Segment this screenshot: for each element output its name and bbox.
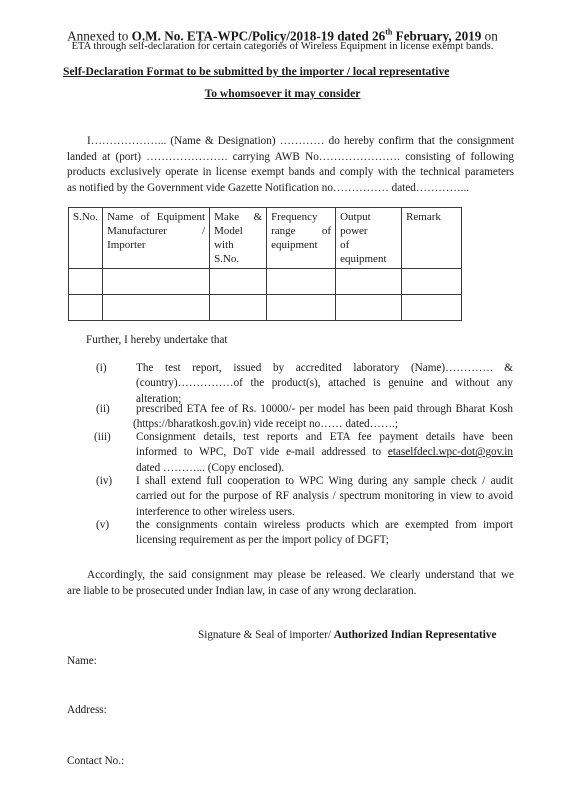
cell-equipment-name[interactable] <box>103 269 210 295</box>
closing-paragraph: Accordingly, the said consignment may pl… <box>67 568 514 599</box>
contact-label: Contact No.: <box>67 755 124 767</box>
header-text: equipment <box>271 238 331 252</box>
item-text: The test report, issued by accredited la… <box>136 361 513 407</box>
header-text: Remark <box>406 210 457 224</box>
header-sno: S.No. <box>69 208 103 269</box>
equipment-table: S.No. Name of Equipment Manufacturer / I… <box>68 207 462 321</box>
cell-remark[interactable] <box>402 269 462 295</box>
header-text: Manufacturer / <box>107 224 205 238</box>
address-label: Address: <box>67 704 107 716</box>
header-frequency-range: Frequency range of equipment <box>267 208 336 269</box>
header-text: of equipment <box>340 238 397 266</box>
signature-prefix: Signature & Seal of importer/ <box>198 629 334 641</box>
item-text: Consignment details, test reports and ET… <box>136 430 513 476</box>
header-text: range of <box>271 224 331 238</box>
closing-line: are liable to be prosecuted under Indian… <box>67 584 514 600</box>
header-text: Name of Equipment <box>107 210 205 224</box>
cell-make-model[interactable] <box>210 295 267 321</box>
header-equipment-name: Name of Equipment Manufacturer / Importe… <box>103 208 210 269</box>
table-row <box>69 269 462 295</box>
item-line-text: informed to WPC, DoT vide e-mail address… <box>136 446 388 458</box>
item-line: (country)……………of the product(s), attache… <box>136 376 513 391</box>
cell-output-power[interactable] <box>336 269 402 295</box>
item-line: Consignment details, test reports and ET… <box>136 430 513 445</box>
signature-line: Signature & Seal of importer/ Authorized… <box>198 629 496 641</box>
header-text: S.No. <box>73 210 98 224</box>
salutation: To whomsoever it may consider <box>0 87 565 100</box>
cell-output-power[interactable] <box>336 295 402 321</box>
table-row <box>69 295 462 321</box>
header-text: Make & <box>214 210 262 224</box>
cell-sno[interactable] <box>69 295 103 321</box>
header-text: Frequency <box>271 210 331 224</box>
format-title: Self-Declaration Format to be submitted … <box>63 65 449 78</box>
item-line: carried out for the purpose of RF analys… <box>136 489 513 504</box>
annex-subject: ETA through self-declaration for certain… <box>0 41 565 52</box>
closing-line: Accordingly, the said consignment may pl… <box>67 568 514 584</box>
item-line: I shall extend full cooperation to WPC W… <box>136 474 513 489</box>
cell-remark[interactable] <box>402 295 462 321</box>
email-link[interactable]: etaselfdecl.wpc-dot@gov.in <box>388 446 513 458</box>
declaration-line: I………………... (Name & Designation) ………… do … <box>67 134 514 150</box>
header-text: S.No. <box>214 252 262 266</box>
item-number: (v) <box>96 518 109 533</box>
item-text: the consignments contain wireless produc… <box>136 518 513 549</box>
item-number: (ii) <box>96 402 110 417</box>
item-line: prescribed ETA fee of Rs. 10000/- per mo… <box>136 402 513 417</box>
cell-sno[interactable] <box>69 269 103 295</box>
header-make-model: Make & Model with S.No. <box>210 208 267 269</box>
declaration-line: as notified by the Government vide Gazet… <box>67 181 514 197</box>
item-line: informed to WPC, DoT vide e-mail address… <box>136 445 513 460</box>
header-text: Output power <box>340 210 397 238</box>
item-number: (iv) <box>96 474 112 489</box>
cell-frequency-range[interactable] <box>267 295 336 321</box>
header-text: Importer <box>107 238 205 252</box>
name-label: Name: <box>67 655 97 667</box>
header-remark: Remark <box>402 208 462 269</box>
cell-equipment-name[interactable] <box>103 295 210 321</box>
item-line: The test report, issued by accredited la… <box>136 361 513 376</box>
header-text: Model with <box>214 224 262 252</box>
header-output-power: Output power of equipment <box>336 208 402 269</box>
cell-make-model[interactable] <box>210 269 267 295</box>
item-line: the consignments contain wireless produc… <box>136 518 513 533</box>
item-number: (i) <box>96 361 107 376</box>
declaration-line: landed at (port) …………………. carrying AWB N… <box>67 150 514 166</box>
declaration-paragraph: I………………... (Name & Designation) ………… do … <box>67 134 514 196</box>
item-text: prescribed ETA fee of Rs. 10000/- per mo… <box>136 402 513 433</box>
undertaking-intro: Further, I hereby undertake that <box>86 334 228 346</box>
item-text: I shall extend full cooperation to WPC W… <box>136 474 513 520</box>
declaration-line: products exclusively operate in license … <box>67 165 514 181</box>
item-number: (iii) <box>94 430 111 445</box>
table-header-row: S.No. Name of Equipment Manufacturer / I… <box>69 208 462 269</box>
item-line: licensing requirement as per the import … <box>136 533 513 548</box>
signature-role: Authorized Indian Representative <box>334 629 497 641</box>
cell-frequency-range[interactable] <box>267 269 336 295</box>
